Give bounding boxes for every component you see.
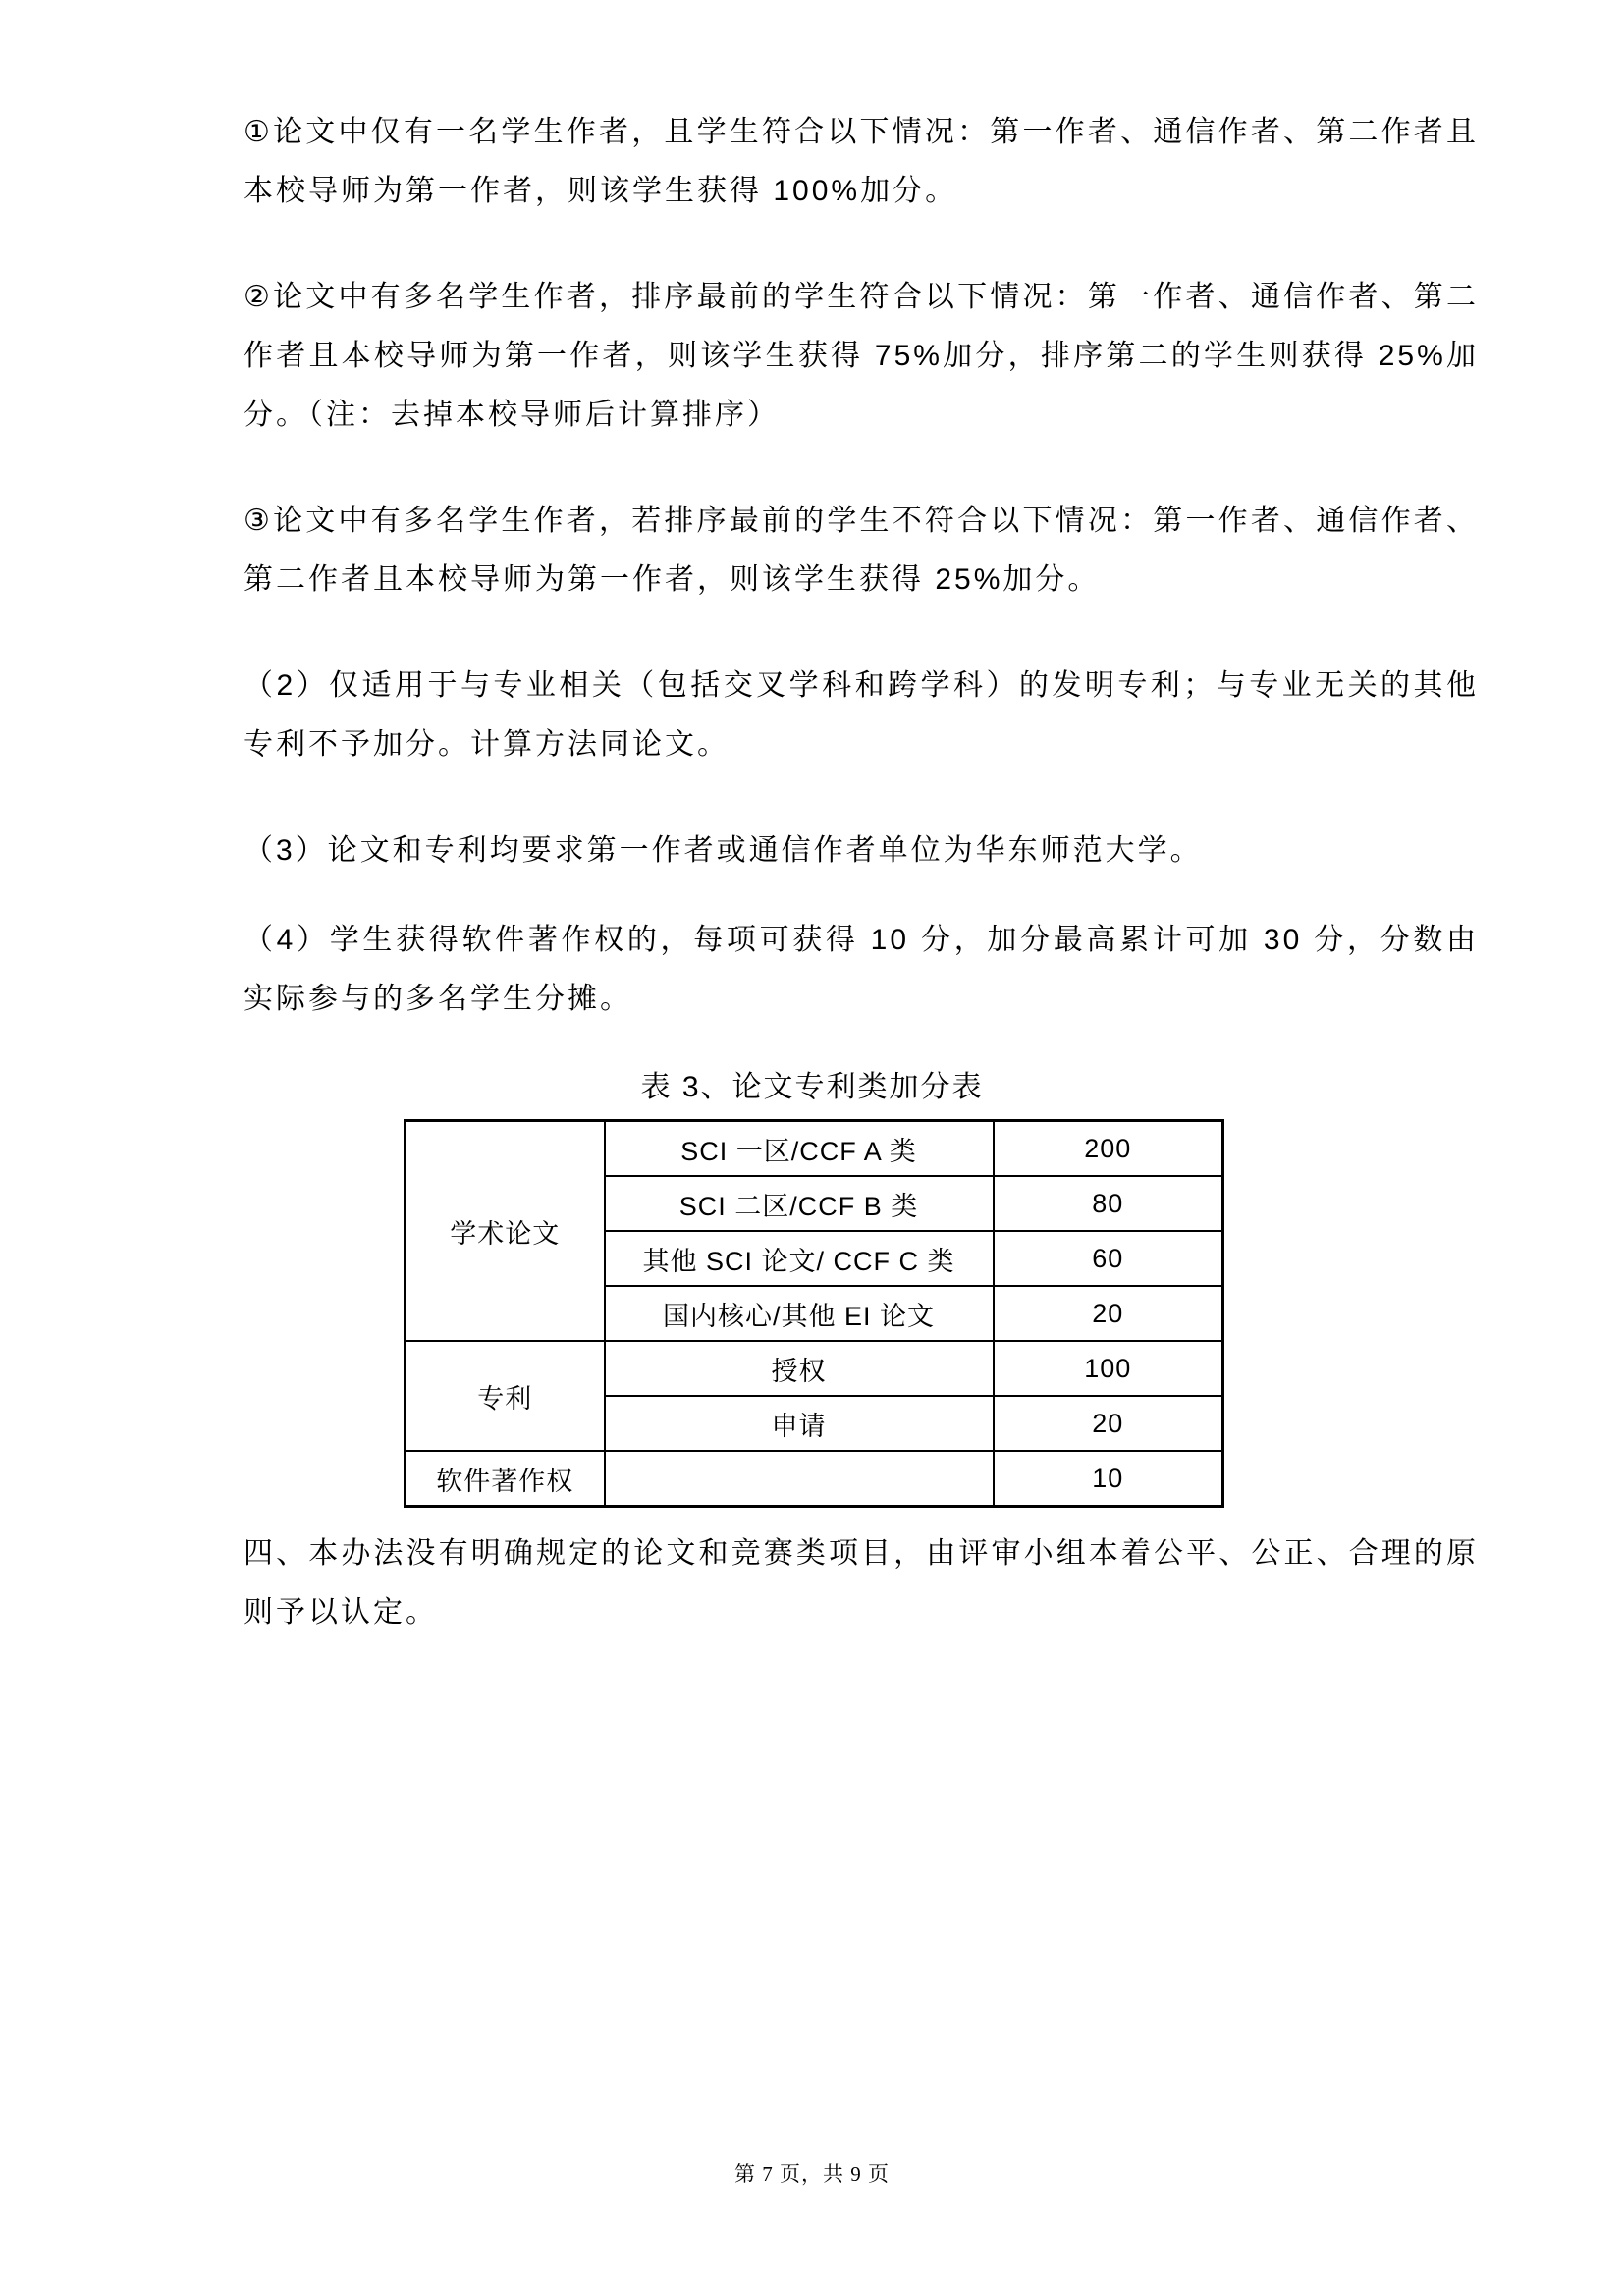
score-cell: 60 xyxy=(994,1231,1223,1286)
score-cell: 80 xyxy=(994,1176,1223,1231)
body-paragraph-6: （4）学生获得软件著作权的，每项可获得 10 分，加分最高累计可加 30 分，分… xyxy=(244,911,1479,1029)
item-cell: SCI 一区/CCF A 类 xyxy=(605,1121,994,1177)
item-cell: SCI 二区/CCF B 类 xyxy=(605,1176,994,1231)
body-paragraph-1: ①论文中仅有一名学生作者，且学生符合以下情况：第一作者、通信作者、第二作者且本校… xyxy=(244,103,1479,221)
closing-paragraph: 四、本办法没有明确规定的论文和竞赛类项目，由评审小组本着公平、公正、合理的原则予… xyxy=(244,1524,1479,1642)
table-row: 软件著作权 10 xyxy=(406,1451,1223,1507)
category-cell-academic-papers: 学术论文 xyxy=(406,1121,605,1342)
score-cell: 200 xyxy=(994,1121,1223,1177)
body-paragraph-4: （2）仅适用于与专业相关（包括交叉学科和跨学科）的发明专利；与专业无关的其他专利… xyxy=(244,657,1479,774)
item-cell: 申请 xyxy=(605,1396,994,1451)
category-cell-patent: 专利 xyxy=(406,1341,605,1451)
table-row: 专利 授权 100 xyxy=(406,1341,1223,1396)
score-cell: 20 xyxy=(994,1396,1223,1451)
table-row: 学术论文 SCI 一区/CCF A 类 200 xyxy=(406,1121,1223,1177)
item-cell: 国内核心/其他 EI 论文 xyxy=(605,1286,994,1341)
body-paragraph-5: （3）论文和专利均要求第一作者或通信作者单位为华东师范大学。 xyxy=(244,822,1479,881)
score-cell: 100 xyxy=(994,1341,1223,1396)
category-cell-software-copyright: 软件著作权 xyxy=(406,1451,605,1507)
table-title: 表 3、论文专利类加分表 xyxy=(0,1058,1624,1117)
bonus-points-table: 学术论文 SCI 一区/CCF A 类 200 SCI 二区/CCF B 类 8… xyxy=(404,1119,1224,1508)
item-cell: 授权 xyxy=(605,1341,994,1396)
item-cell-empty xyxy=(605,1451,994,1507)
body-paragraph-2: ②论文中有多名学生作者，排序最前的学生符合以下情况：第一作者、通信作者、第二作者… xyxy=(244,268,1479,445)
score-cell: 20 xyxy=(994,1286,1223,1341)
document-page: ①论文中仅有一名学生作者，且学生符合以下情况：第一作者、通信作者、第二作者且本校… xyxy=(0,0,1624,2296)
body-paragraph-3: ③论文中有多名学生作者，若排序最前的学生不符合以下情况：第一作者、通信作者、第二… xyxy=(244,492,1479,610)
item-cell: 其他 SCI 论文/ CCF C 类 xyxy=(605,1231,994,1286)
score-cell: 10 xyxy=(994,1451,1223,1507)
page-footer: 第 7 页，共 9 页 xyxy=(0,2160,1624,2189)
page-number-label: 第 7 页，共 9 页 xyxy=(734,2163,890,2186)
